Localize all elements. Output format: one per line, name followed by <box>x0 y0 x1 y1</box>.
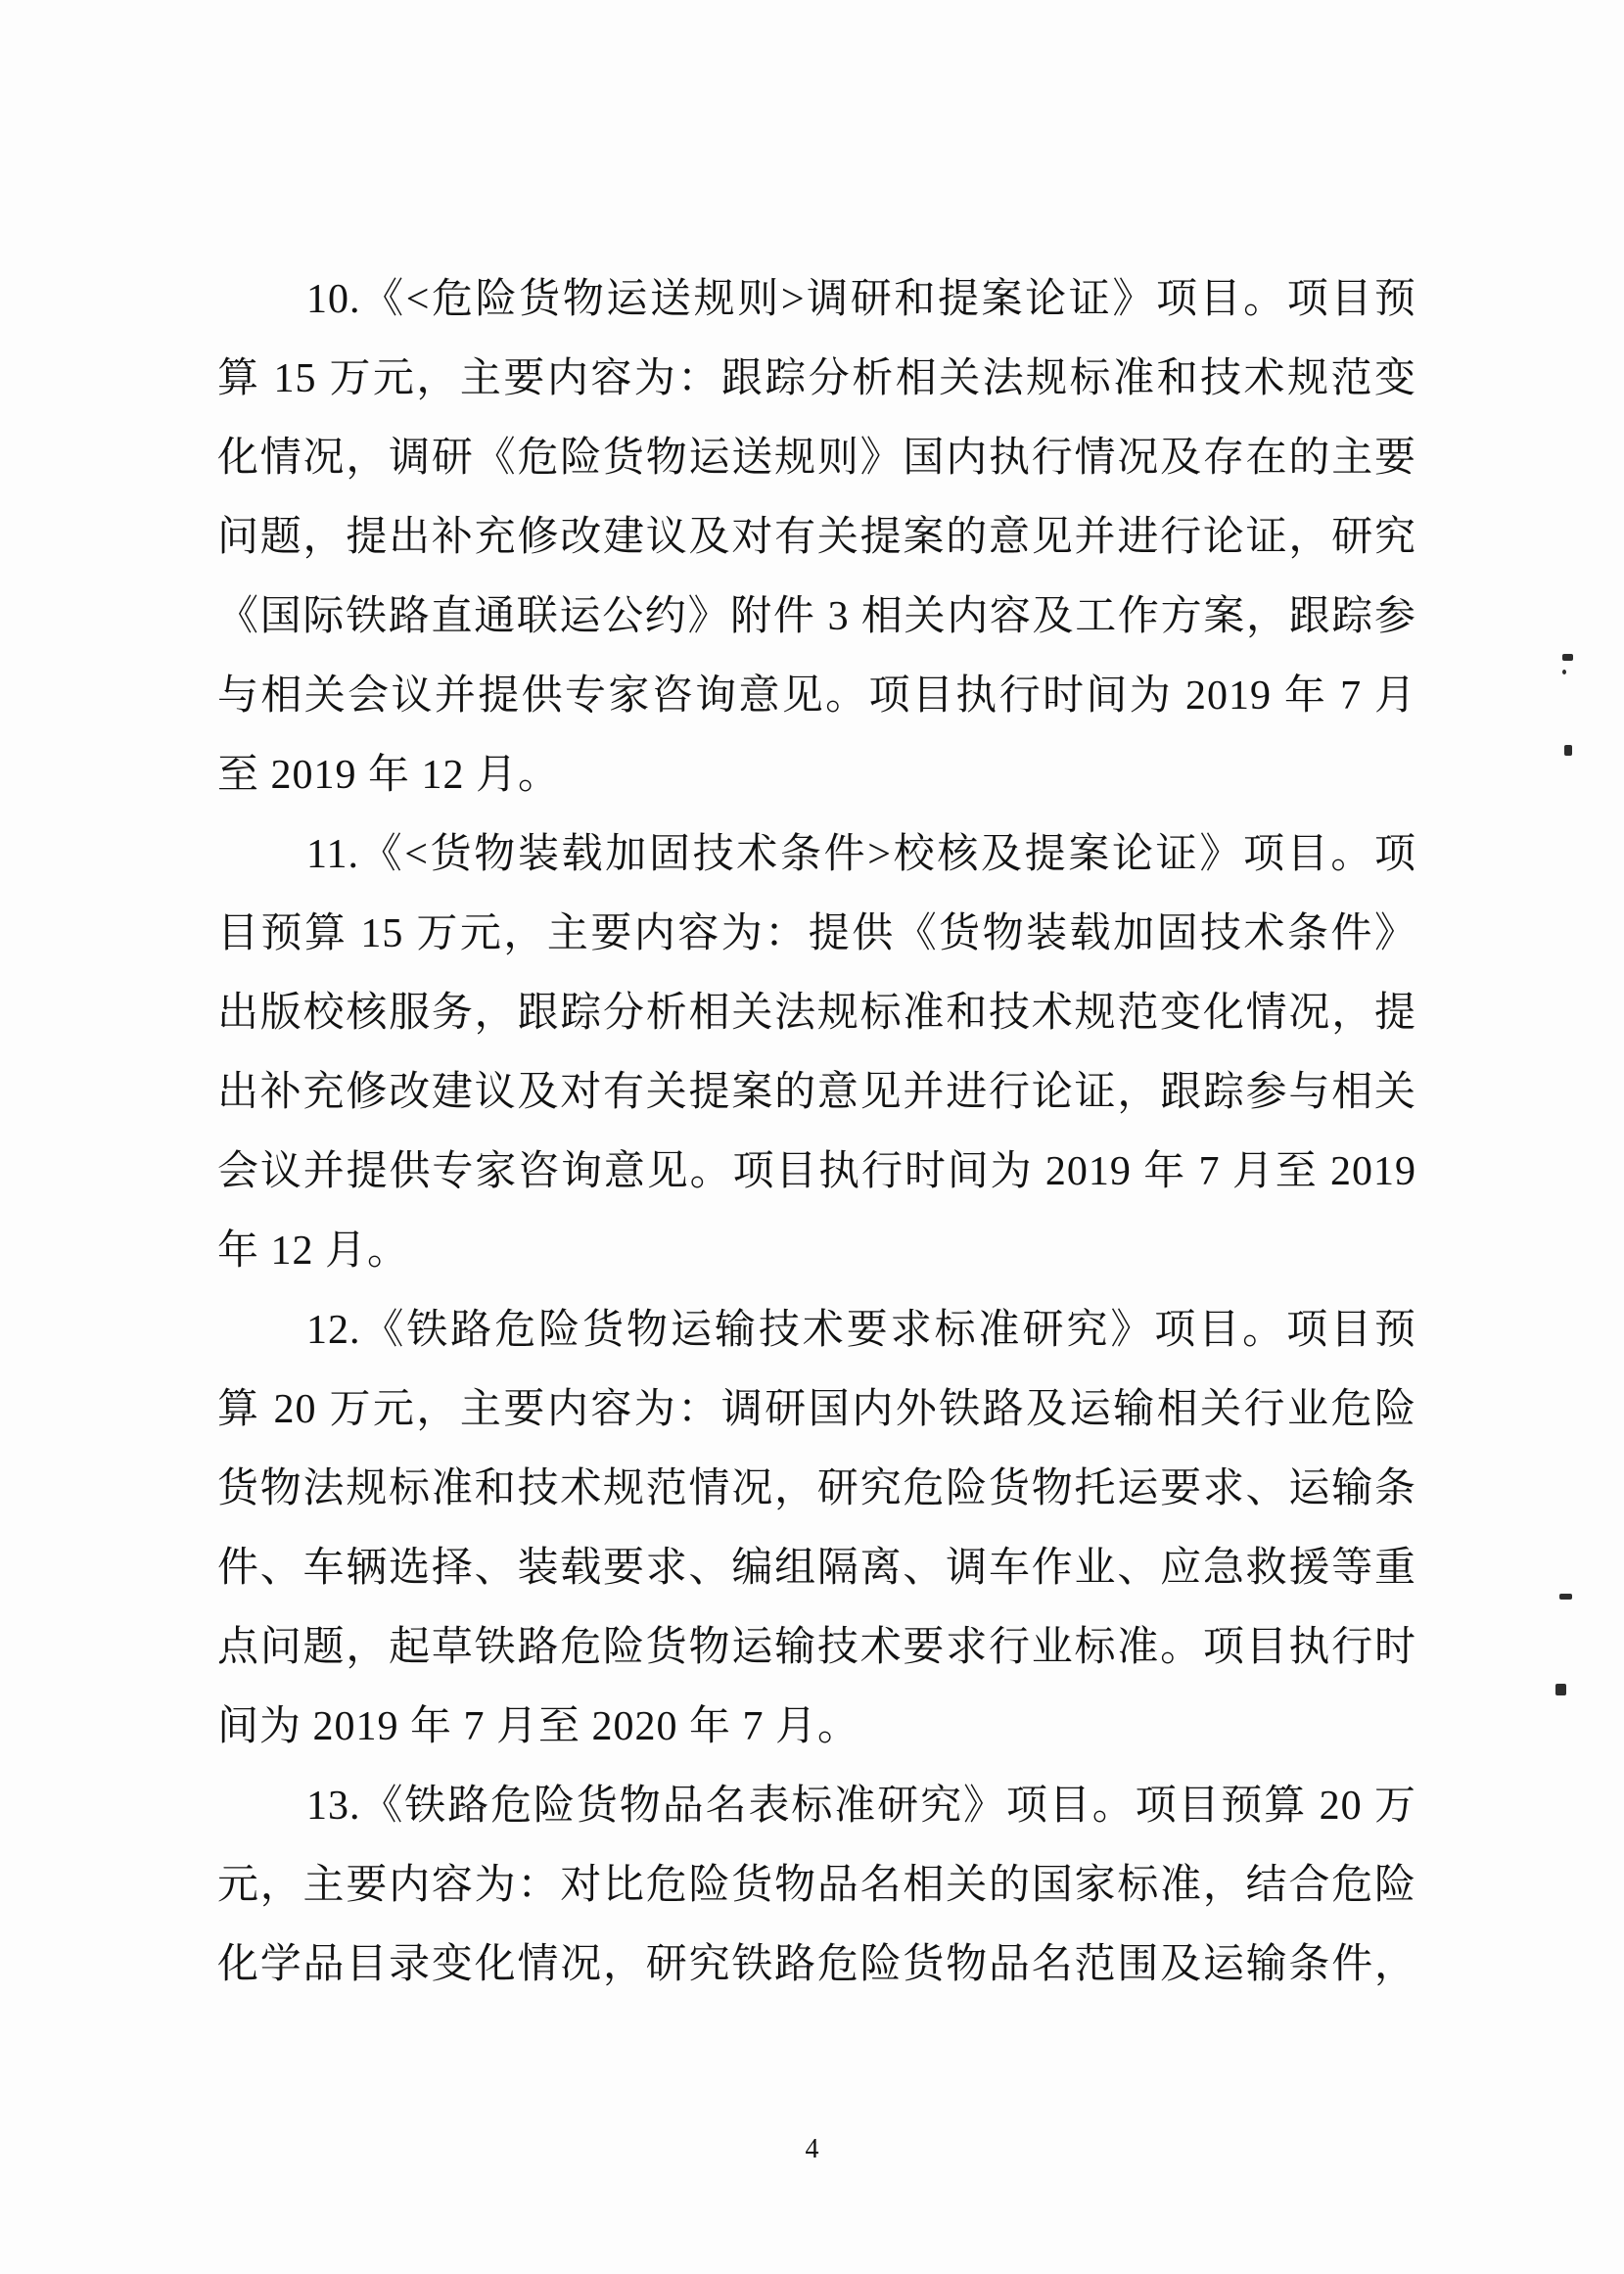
paragraph-item-10: 10.《<危险货物运送规则>调研和提案论证》项目。项目预 算 15 万元，主要内… <box>217 260 1416 815</box>
ink-speck <box>1564 745 1572 756</box>
text-line: 目预算 15 万元，主要内容为：提供《货物装载加固技术条件》 <box>217 895 1416 974</box>
page-number: 4 <box>0 2130 1624 2169</box>
text-line: 10.《<危险货物运送规则>调研和提案论证》项目。项目预 <box>217 260 1416 340</box>
text-line: 件、车辆选择、装载要求、编组隔离、调车作业、应急救援等重 <box>217 1529 1416 1608</box>
paragraph-item-11: 11.《<货物装载加固技术条件>校核及提案论证》项目。项 目预算 15 万元，主… <box>217 815 1416 1291</box>
text-line: 出版校核服务，跟踪分析相关法规标准和技术规范变化情况，提 <box>217 974 1416 1053</box>
text-line: 与相关会议并提供专家咨询意见。项目执行时间为 2019 年 7 月 <box>217 657 1416 736</box>
text-line: 算 20 万元，主要内容为：调研国内外铁路及运输相关行业危险 <box>217 1370 1416 1450</box>
ink-speck <box>1555 1684 1566 1695</box>
text-line: 算 15 万元，主要内容为：跟踪分析相关法规标准和技术规范变 <box>217 340 1416 419</box>
paragraph-item-12: 12.《铁路危险货物运输技术要求标准研究》项目。项目预 算 20 万元，主要内容… <box>217 1291 1416 1767</box>
document-page: 10.《<危险货物运送规则>调研和提案论证》项目。项目预 算 15 万元，主要内… <box>0 0 1624 2274</box>
text-line: 至 2019 年 12 月。 <box>217 736 1416 815</box>
text-line: 13.《铁路危险货物品名表标准研究》项目。项目预算 20 万 <box>217 1767 1416 1846</box>
text-line: 点问题，起草铁路危险货物运输技术要求行业标准。项目执行时 <box>217 1608 1416 1688</box>
text-line: 12.《铁路危险货物运输技术要求标准研究》项目。项目预 <box>217 1291 1416 1370</box>
ink-speck <box>1559 1594 1572 1600</box>
text-line: 间为 2019 年 7 月至 2020 年 7 月。 <box>217 1688 1416 1767</box>
text-line: 出补充修改建议及对有关提案的意见并进行论证，跟踪参与相关 <box>217 1053 1416 1133</box>
text-line: 会议并提供专家咨询意见。项目执行时间为 2019 年 7 月至 2019 <box>217 1133 1416 1212</box>
ink-speck <box>1562 670 1566 674</box>
text-line: 化学品目录变化情况，研究铁路危险货物品名范围及运输条件， <box>217 1926 1416 2005</box>
text-line: 货物法规标准和技术规范情况，研究危险货物托运要求、运输条 <box>217 1450 1416 1529</box>
text-line: 年 12 月。 <box>217 1212 1416 1291</box>
text-line: 《国际铁路直通联运公约》附件 3 相关内容及工作方案，跟踪参 <box>217 578 1416 657</box>
text-line: 问题，提出补充修改建议及对有关提案的意见并进行论证，研究 <box>217 498 1416 578</box>
text-line: 11.《<货物装载加固技术条件>校核及提案论证》项目。项 <box>217 815 1416 895</box>
document-body: 10.《<危险货物运送规则>调研和提案论证》项目。项目预 算 15 万元，主要内… <box>217 260 1416 2005</box>
text-line: 化情况，调研《危险货物运送规则》国内执行情况及存在的主要 <box>217 419 1416 498</box>
text-line: 元，主要内容为：对比危险货物品名相关的国家标准，结合危险 <box>217 1846 1416 1926</box>
paragraph-item-13: 13.《铁路危险货物品名表标准研究》项目。项目预算 20 万 元，主要内容为：对… <box>217 1767 1416 2005</box>
ink-speck <box>1562 654 1573 661</box>
